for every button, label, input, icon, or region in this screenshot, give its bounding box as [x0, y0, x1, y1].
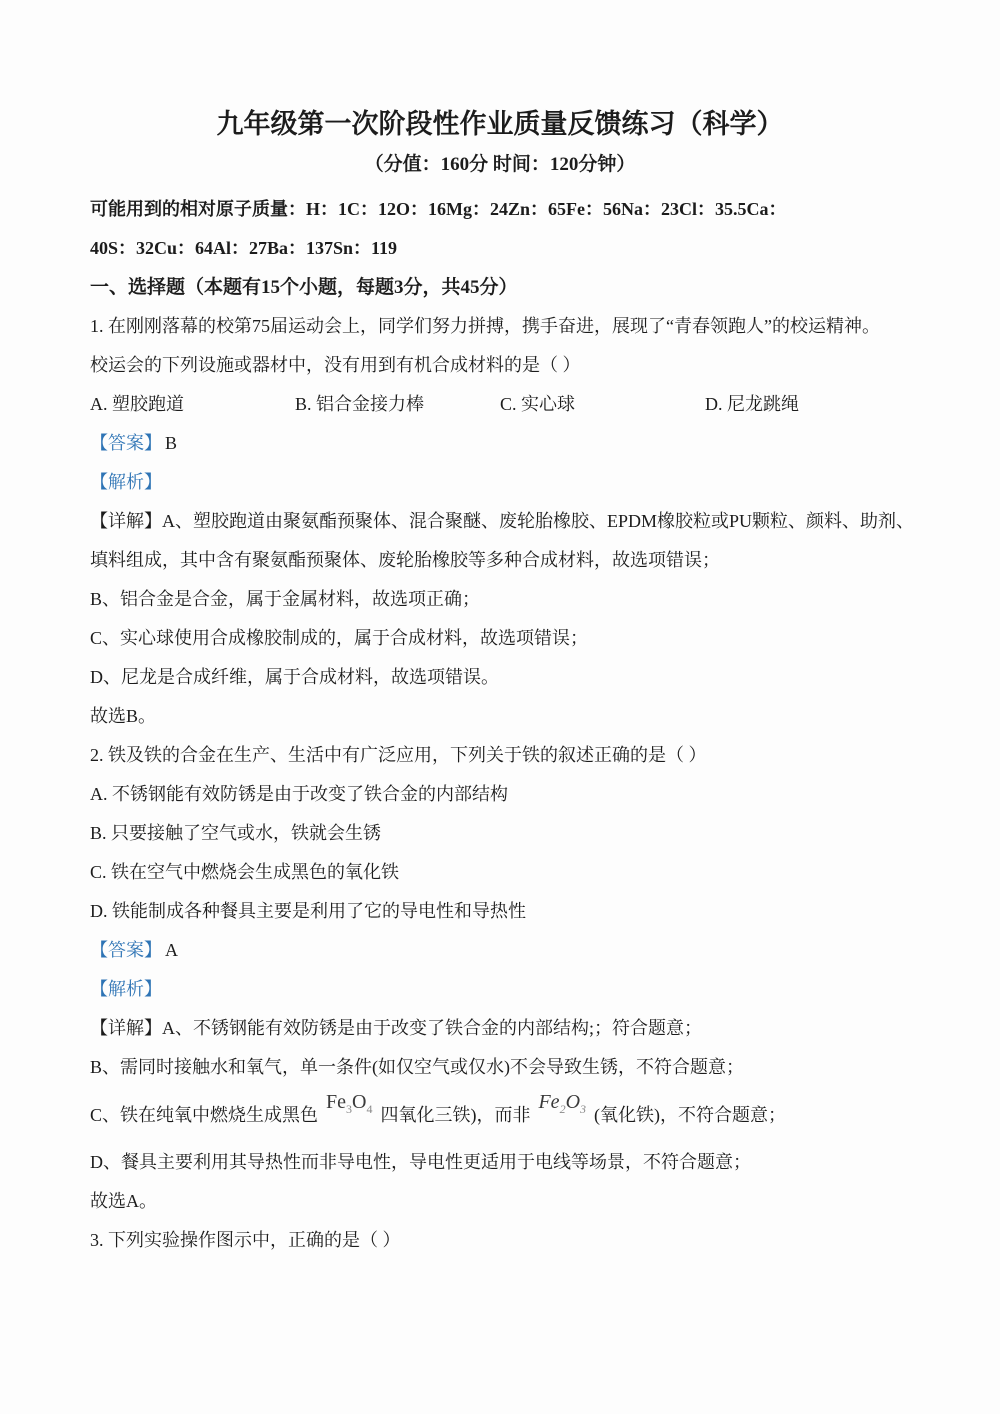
- q2-option-c: C. 铁在空气中燃烧会生成黑色的氧化铁: [90, 853, 910, 892]
- q2-detail-a: 【详解】A、不锈钢能有效防锈是由于改变了铁合金的内部结构;；符合题意；: [90, 1009, 910, 1048]
- q1-answer-line: 【答案】B: [90, 424, 910, 463]
- page-title: 九年级第一次阶段性作业质量反馈练习（科学）: [90, 104, 910, 144]
- q1-text-line-2: 校运会的下列设施或器材中，没有用到有机合成材料的是（ ）: [90, 346, 910, 385]
- q1-options-row: A. 塑胶跑道B. 铝合金接力棒C. 实心球D. 尼龙跳绳: [90, 385, 910, 424]
- q1-detail-line-2: 填料组成，其中含有聚氨酯预聚体、废轮胎橡胶等多种合成材料，故选项错误；: [90, 541, 910, 580]
- q1-option-d: D. 尼龙跳绳: [705, 385, 799, 424]
- q2-analysis-label: 【解析】: [90, 979, 162, 999]
- q2-option-d: D. 铁能制成各种餐具主要是利用了它的导电性和导热性: [90, 892, 910, 931]
- q1-detail-line-1: 【详解】A、塑胶跑道由聚氨酯预聚体、混合聚醚、废轮胎橡胶、EPDM橡胶粒或PU颗…: [90, 502, 910, 541]
- q2-detail-d: D、餐具主要利用其导热性而非导电性，导电性更适用于电线等场景，不符合题意；: [90, 1143, 910, 1182]
- section-header: 一、选择题（本题有15个小题，每题3分，共45分）: [90, 268, 910, 307]
- q1-detail-b: B、铝合金是合金，属于金属材料，故选项正确；: [90, 580, 910, 619]
- q2-detail-c-text-3: (氧化铁)，不符合题意；: [594, 1105, 786, 1125]
- q2-question: 2. 铁及铁的合金在生产、生活中有广泛应用，下列关于铁的叙述正确的是（ ）: [90, 736, 910, 775]
- q2-analysis-line: 【解析】: [90, 970, 910, 1009]
- q1-detail-d: D、尼龙是合成纤维，属于合成材料，故选项错误。: [90, 658, 910, 697]
- q1-analysis-label: 【解析】: [90, 472, 162, 492]
- exam-document-page: 九年级第一次阶段性作业质量反馈练习（科学） （分值：160分 时间：120分钟）…: [0, 0, 1000, 1414]
- q1-detail-c: C、实心球使用合成橡胶制成的，属于合成材料，故选项错误；: [90, 619, 910, 658]
- q1-option-b: B. 铝合金接力棒: [295, 385, 500, 424]
- atomic-mass-line-1: 可能用到的相对原子质量：H：1C：12O：16Mg：24Zn：65Fe：56Na…: [90, 190, 910, 229]
- q1-answer-value: B: [165, 433, 177, 453]
- q1-conclusion: 故选B。: [90, 697, 910, 736]
- q2-detail-c-text-2: 四氧化三铁)，而非: [380, 1105, 530, 1125]
- q2-detail-c-text-1: C、铁在纯氧中燃烧生成黑色: [90, 1105, 318, 1125]
- q2-option-b: B. 只要接触了空气或水，铁就会生锈: [90, 814, 910, 853]
- page-subtitle: （分值：160分 时间：120分钟）: [90, 148, 910, 182]
- q2-detail-b: B、需同时接触水和氧气，单一条件(如仅空气或仅水)不会导致生锈，不符合题意；: [90, 1048, 910, 1087]
- q2-conclusion: 故选A。: [90, 1182, 910, 1221]
- atomic-mass-line-2: 40S：32Cu：64Al：27Ba：137Sn：119: [90, 229, 910, 268]
- q2-option-a: A. 不锈钢能有效防锈是由于改变了铁合金的内部结构: [90, 775, 910, 814]
- q2-detail-c: C、铁在纯氧中燃烧生成黑色Fe3O4四氧化三铁)，而非Fe2O3(氧化铁)，不符…: [90, 1087, 910, 1143]
- q2-answer-value: A: [165, 940, 178, 960]
- q1-option-a: A. 塑胶跑道: [90, 385, 295, 424]
- q1-answer-label: 【答案】: [90, 433, 162, 453]
- chemical-formula-fe3o4: Fe3O4: [326, 1092, 372, 1115]
- q2-answer-label: 【答案】: [90, 940, 162, 960]
- q3-question: 3. 下列实验操作图示中，正确的是（ ）: [90, 1221, 910, 1260]
- chemical-formula-fe2o3: Fe2O3: [538, 1092, 586, 1115]
- q1-analysis-line: 【解析】: [90, 463, 910, 502]
- q1-text-line-1: 1. 在刚刚落幕的校第75届运动会上，同学们努力拼搏，携手奋进，展现了“青春领跑…: [90, 307, 910, 346]
- q1-option-c: C. 实心球: [500, 385, 705, 424]
- q2-answer-line: 【答案】A: [90, 931, 910, 970]
